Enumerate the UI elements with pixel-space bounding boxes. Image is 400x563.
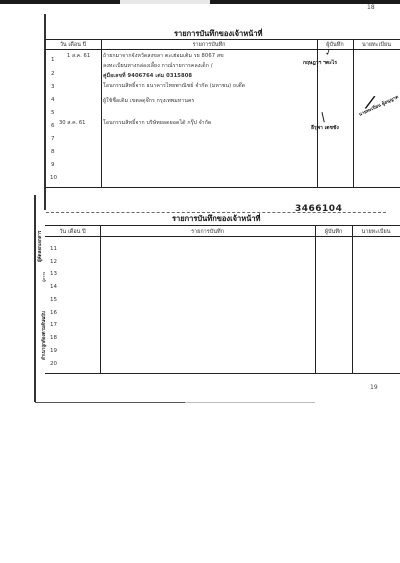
page-edge [34,384,36,402]
row-number: 19 [50,348,57,354]
page-number: 18 [367,4,375,11]
entry-date: 1 ส.ค. 61 [67,52,90,60]
row-number: 10 [50,175,57,181]
col-divider [101,40,102,187]
entry-line: ผู้ใช้ชื่อเดิม เขตลดุจ๊กร กรุงเทพมหานคร [103,97,194,105]
recorder-signature: กฤษฎาฯ ฯตะไร [303,59,337,67]
row-number: 13 [50,271,57,277]
record-table: วัน เดือน ปี รายการบันทึก ผู้บันทึก นายท… [45,39,400,188]
header-divider [45,49,400,50]
col-divider [352,226,353,373]
row-number: 7 [51,136,55,142]
stamp-number: 3466104 [295,204,342,214]
header-entry: รายการบันทึก [101,41,317,49]
entry-line: ลงทะเบียนหางกล่องเลี้ยง กาณ์รายการคลงเด็… [103,62,213,70]
row-number: 18 [50,335,57,341]
header-entry: รายการบันทึก [100,228,315,236]
row-number: 16 [50,310,57,316]
entry-line: โอนกรรมสิทธิ์จาก ธนาคารไทยพาณิชย์ จำกัด … [103,82,245,90]
header-recorder: ผู้บันทึก [317,41,353,49]
entry-line: คู่มือเลขที่ 9406764 เต่ม 0315808 [103,72,192,80]
row-number: 5 [51,110,55,116]
side-annotation: ผู้คัดลอกเอกสาร [36,231,43,262]
registrar-stamp: นายทะเบียน ผู้อนุญาต [358,93,400,118]
row-number: 17 [50,322,57,328]
col-divider [100,226,101,373]
scan-edge [0,0,400,4]
row-number: 2 [51,71,55,77]
row-number: 1 [51,57,55,63]
recorder-signature: ธีรุพา เดชชัง [311,124,339,132]
entry-line: โอนกรรมสิทธิ์จาก บริษัทยอดยอดได้ กรุ๊ป จ… [103,119,211,127]
row-number: 4 [51,97,55,103]
header-date: วัน เดือน ปี [45,41,101,49]
header-registrar: นายทะเบียน [352,228,400,236]
page-title: รายการบันทึกของเจ้าหน้าที่ [172,213,260,225]
signature-mark: / [318,110,329,124]
page-edge [34,195,36,385]
page-number: 19 [370,384,378,391]
entry-line: ถ้ายกมาจากจังหวัดสงขลา ตะเฮ่อมเต้ม รย 80… [103,52,224,60]
page-edge [35,402,185,403]
header-recorder: ผู้บันทึก [315,228,352,236]
col-divider [353,40,354,187]
row-number: 11 [50,246,57,252]
entry-date: 30 ส.ค. 61 [59,119,85,127]
row-number: 20 [50,361,57,367]
header-date: วัน เดือน ปี [45,228,100,236]
row-number: 12 [50,259,57,265]
row-number: 14 [50,284,57,290]
row-number: 6 [51,123,55,129]
col-divider [315,226,316,373]
row-number: 15 [50,297,57,303]
row-number: 9 [51,162,55,168]
page-edge [185,402,315,403]
header-divider [45,236,400,237]
row-number: 8 [51,149,55,155]
record-table: วัน เดือน ปี รายการบันทึก ผู้บันทึก นายท… [45,225,400,374]
header-registrar: นายทะเบียน [353,41,400,49]
row-number: 3 [51,84,55,90]
